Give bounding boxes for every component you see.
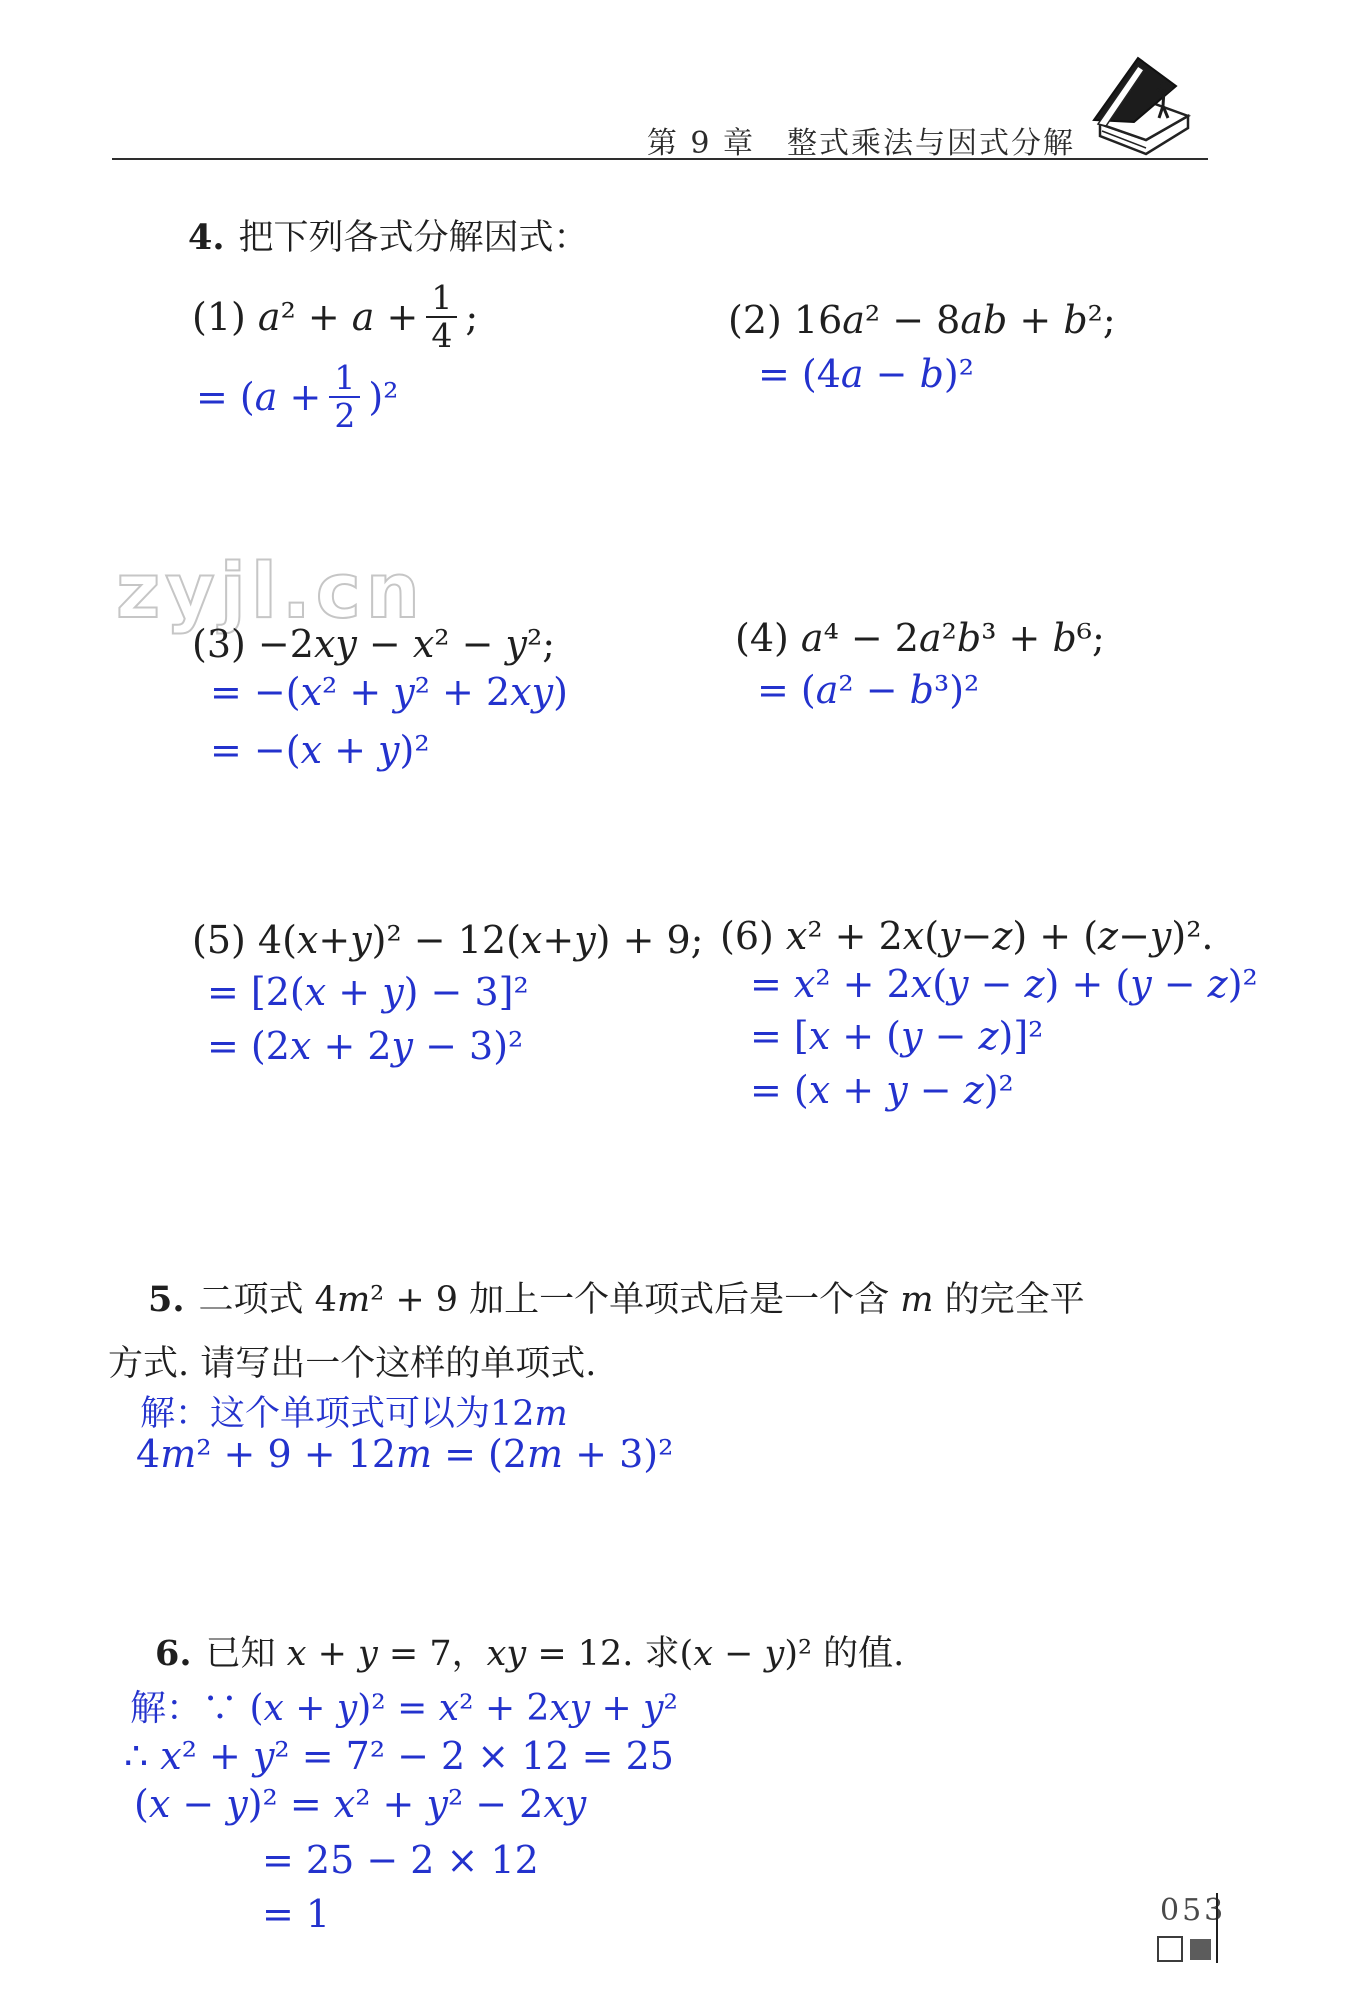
- p4-item5-answer-line1: = [2(x + y) − 3]²: [207, 970, 529, 1014]
- problem5-text-line1: 二项式 4m² + 9 加上一个单项式后是一个含 m 的完全平: [199, 1280, 1085, 1320]
- p4-item1-problem-tail: ;: [465, 295, 478, 339]
- problem6-solution-line4: = 25 − 2 × 12: [262, 1838, 539, 1882]
- footer-filled-square: [1190, 1939, 1211, 1960]
- p4-item1-problem-text: (1) a² + a +: [192, 295, 418, 339]
- p4-item4-answer: = (a² − b³)²: [757, 668, 979, 712]
- p4-item4-problem: (4) a⁴ − 2a²b³ + b⁶;: [735, 616, 1105, 660]
- problem5-statement-line1: 5.二项式 4m² + 9 加上一个单项式后是一个含 m 的完全平: [148, 1272, 1085, 1322]
- fraction-numerator: 1: [329, 360, 360, 398]
- fraction-numerator: 1: [426, 280, 457, 318]
- p4-item6-problem: (6) x² + 2x(y−z) + (z−y)².: [720, 914, 1214, 958]
- problem4-title-text: 把下列各式分解因式：: [239, 218, 589, 258]
- problem6-solution-line5: = 1: [262, 1892, 330, 1936]
- problem6-solution-line3: (x − y)² = x² + y² − 2xy: [134, 1782, 586, 1826]
- problem5-number: 5.: [148, 1279, 185, 1320]
- problem6-statement: 6.已知 x + y = 7，xy = 12. 求(x − y)² 的值.: [155, 1626, 904, 1676]
- problem5-solution-line2: 4m² + 9 + 12m = (2m + 3)²: [136, 1432, 673, 1476]
- p4-item1-answer: = (a + 1 2 )²: [196, 360, 398, 433]
- problem4-title: 4.把下列各式分解因式：: [188, 210, 589, 260]
- fraction-one-fourth: 1 4: [426, 280, 457, 353]
- p4-item3-answer-line1: = −(x² + y² + 2xy): [210, 670, 568, 714]
- problem6-text: 已知 x + y = 7，xy = 12. 求(x − y)² 的值.: [206, 1634, 905, 1674]
- p4-item1-problem: (1) a² + a + 1 4 ;: [192, 280, 478, 353]
- fraction-denominator: 4: [426, 318, 457, 354]
- textbook-answer-page: { "header": { "chapter": "第 9 章 整式乘法与因式分…: [0, 0, 1350, 2009]
- header-divider: [112, 158, 1208, 160]
- footer-vertical-rule: [1216, 1893, 1218, 1963]
- problem5-statement-line2: 方式. 请写出一个这样的单项式.: [108, 1336, 596, 1386]
- problem5-solution-line1: 解：这个单项式可以为12m: [140, 1386, 568, 1436]
- p4-item6-answer-line3: = (x + y − z)²: [750, 1068, 1014, 1112]
- p4-item6-answer-line2: = [x + (y − z)]²: [750, 1014, 1043, 1058]
- fraction-denominator: 2: [329, 398, 360, 434]
- problem4-number: 4.: [188, 217, 225, 258]
- problem6-solution-line1: 解：∵ (x + y)² = x² + 2xy + y²: [130, 1680, 678, 1731]
- footer-outline-square: [1157, 1936, 1183, 1962]
- p4-item2-answer: = (4a − b)²: [758, 352, 974, 396]
- book-icon: [1084, 44, 1196, 156]
- problem6-number: 6.: [155, 1633, 192, 1674]
- fraction-one-half: 1 2: [329, 360, 360, 433]
- p4-item5-answer-line2: = (2x + 2y − 3)²: [207, 1024, 523, 1068]
- chapter-header: 第 9 章 整式乘法与因式分解: [647, 118, 1075, 162]
- p4-item5-problem: (5) 4(x+y)² − 12(x+y) + 9;: [192, 918, 703, 962]
- p4-item1-answer-tail: )²: [368, 375, 398, 419]
- p4-item3-problem: (3) −2xy − x² − y²;: [192, 622, 555, 666]
- problem6-solution-line2: ∴ x² + y² = 7² − 2 × 12 = 25: [124, 1734, 674, 1778]
- p4-item2-problem: (2) 16a² − 8ab + b²;: [728, 298, 1116, 342]
- p4-item1-answer-text: = (a +: [196, 375, 321, 419]
- p4-item3-answer-line2: = −(x + y)²: [210, 728, 430, 772]
- p4-item6-answer-line1: = x² + 2x(y − z) + (y − z)²: [750, 962, 1258, 1006]
